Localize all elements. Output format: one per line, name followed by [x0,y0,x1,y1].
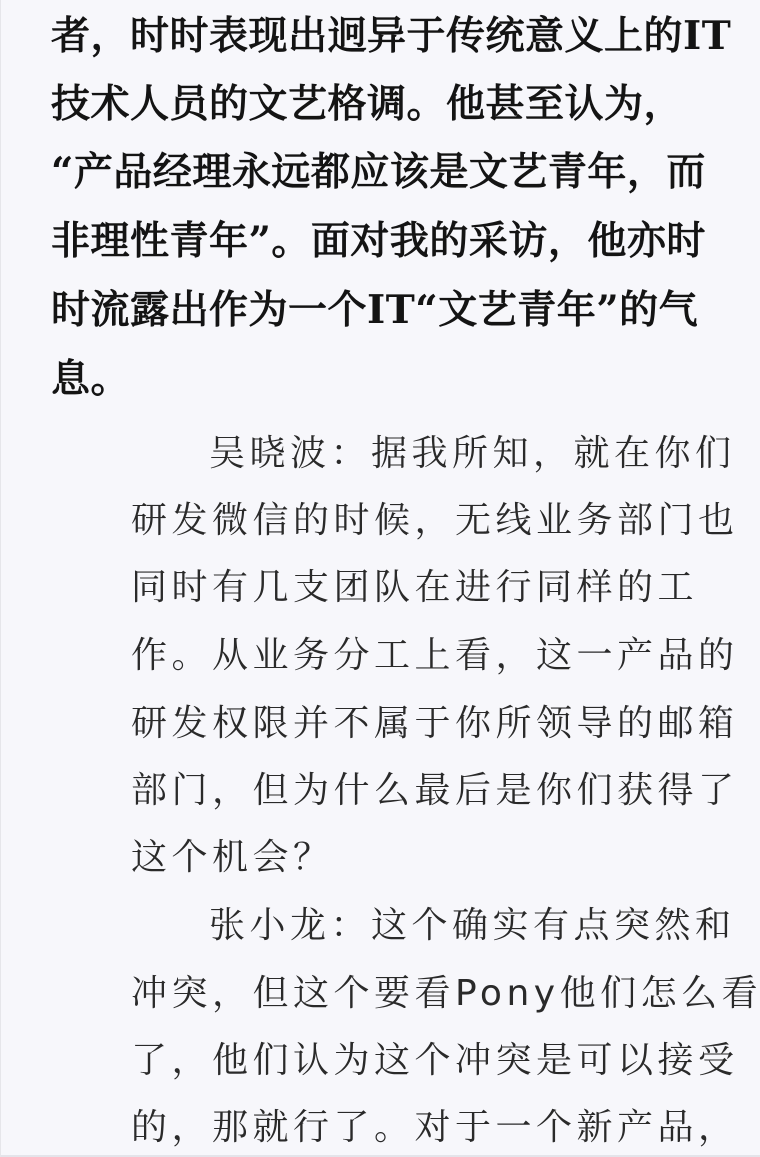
narrative-line: 时流露出作为一个IT“文艺青年”的气 [51,291,698,330]
narrative-line: 技术人员的文艺格调。他甚至认为， [51,85,683,124]
narrative-line: 息。 [51,360,130,399]
question-line: 作。从业务分工上看，这一产品的 [131,638,739,674]
narrative-line: “产品经理永远都应该是文艺青年，而 [51,153,706,192]
answer-line: 的，那就行了。对于一个新产品， [131,1110,739,1146]
question-line: 同时有几支团队在进行同样的工 [131,570,698,606]
question-line: 吴晓波：据我所知，就在你们 [209,436,736,472]
question-line: 这个机会？ [131,840,334,876]
answer-line: 冲突，但这个要看Pony他们怎么看 [131,976,760,1012]
question-line: 部门，但为什么最后是你们获得了 [131,773,739,809]
answer-line: 了，他们认为这个冲突是可以接受 [131,1043,739,1079]
document-page: 者，时时表现出迥异于传统意义上的IT 技术人员的文艺格调。他甚至认为， “产品经… [0,0,760,1157]
question-line: 研发微信的时候，无线业务部门也 [131,503,739,539]
question-line: 研发权限并不属于你所领导的邮箱 [131,706,739,742]
narrative-line: 非理性青年”。面对我的采访，他亦时 [51,222,706,261]
answer-line: 张小龙：这个确实有点突然和 [209,908,736,944]
narrative-line: 者，时时表现出迥异于传统意义上的IT [51,17,731,56]
